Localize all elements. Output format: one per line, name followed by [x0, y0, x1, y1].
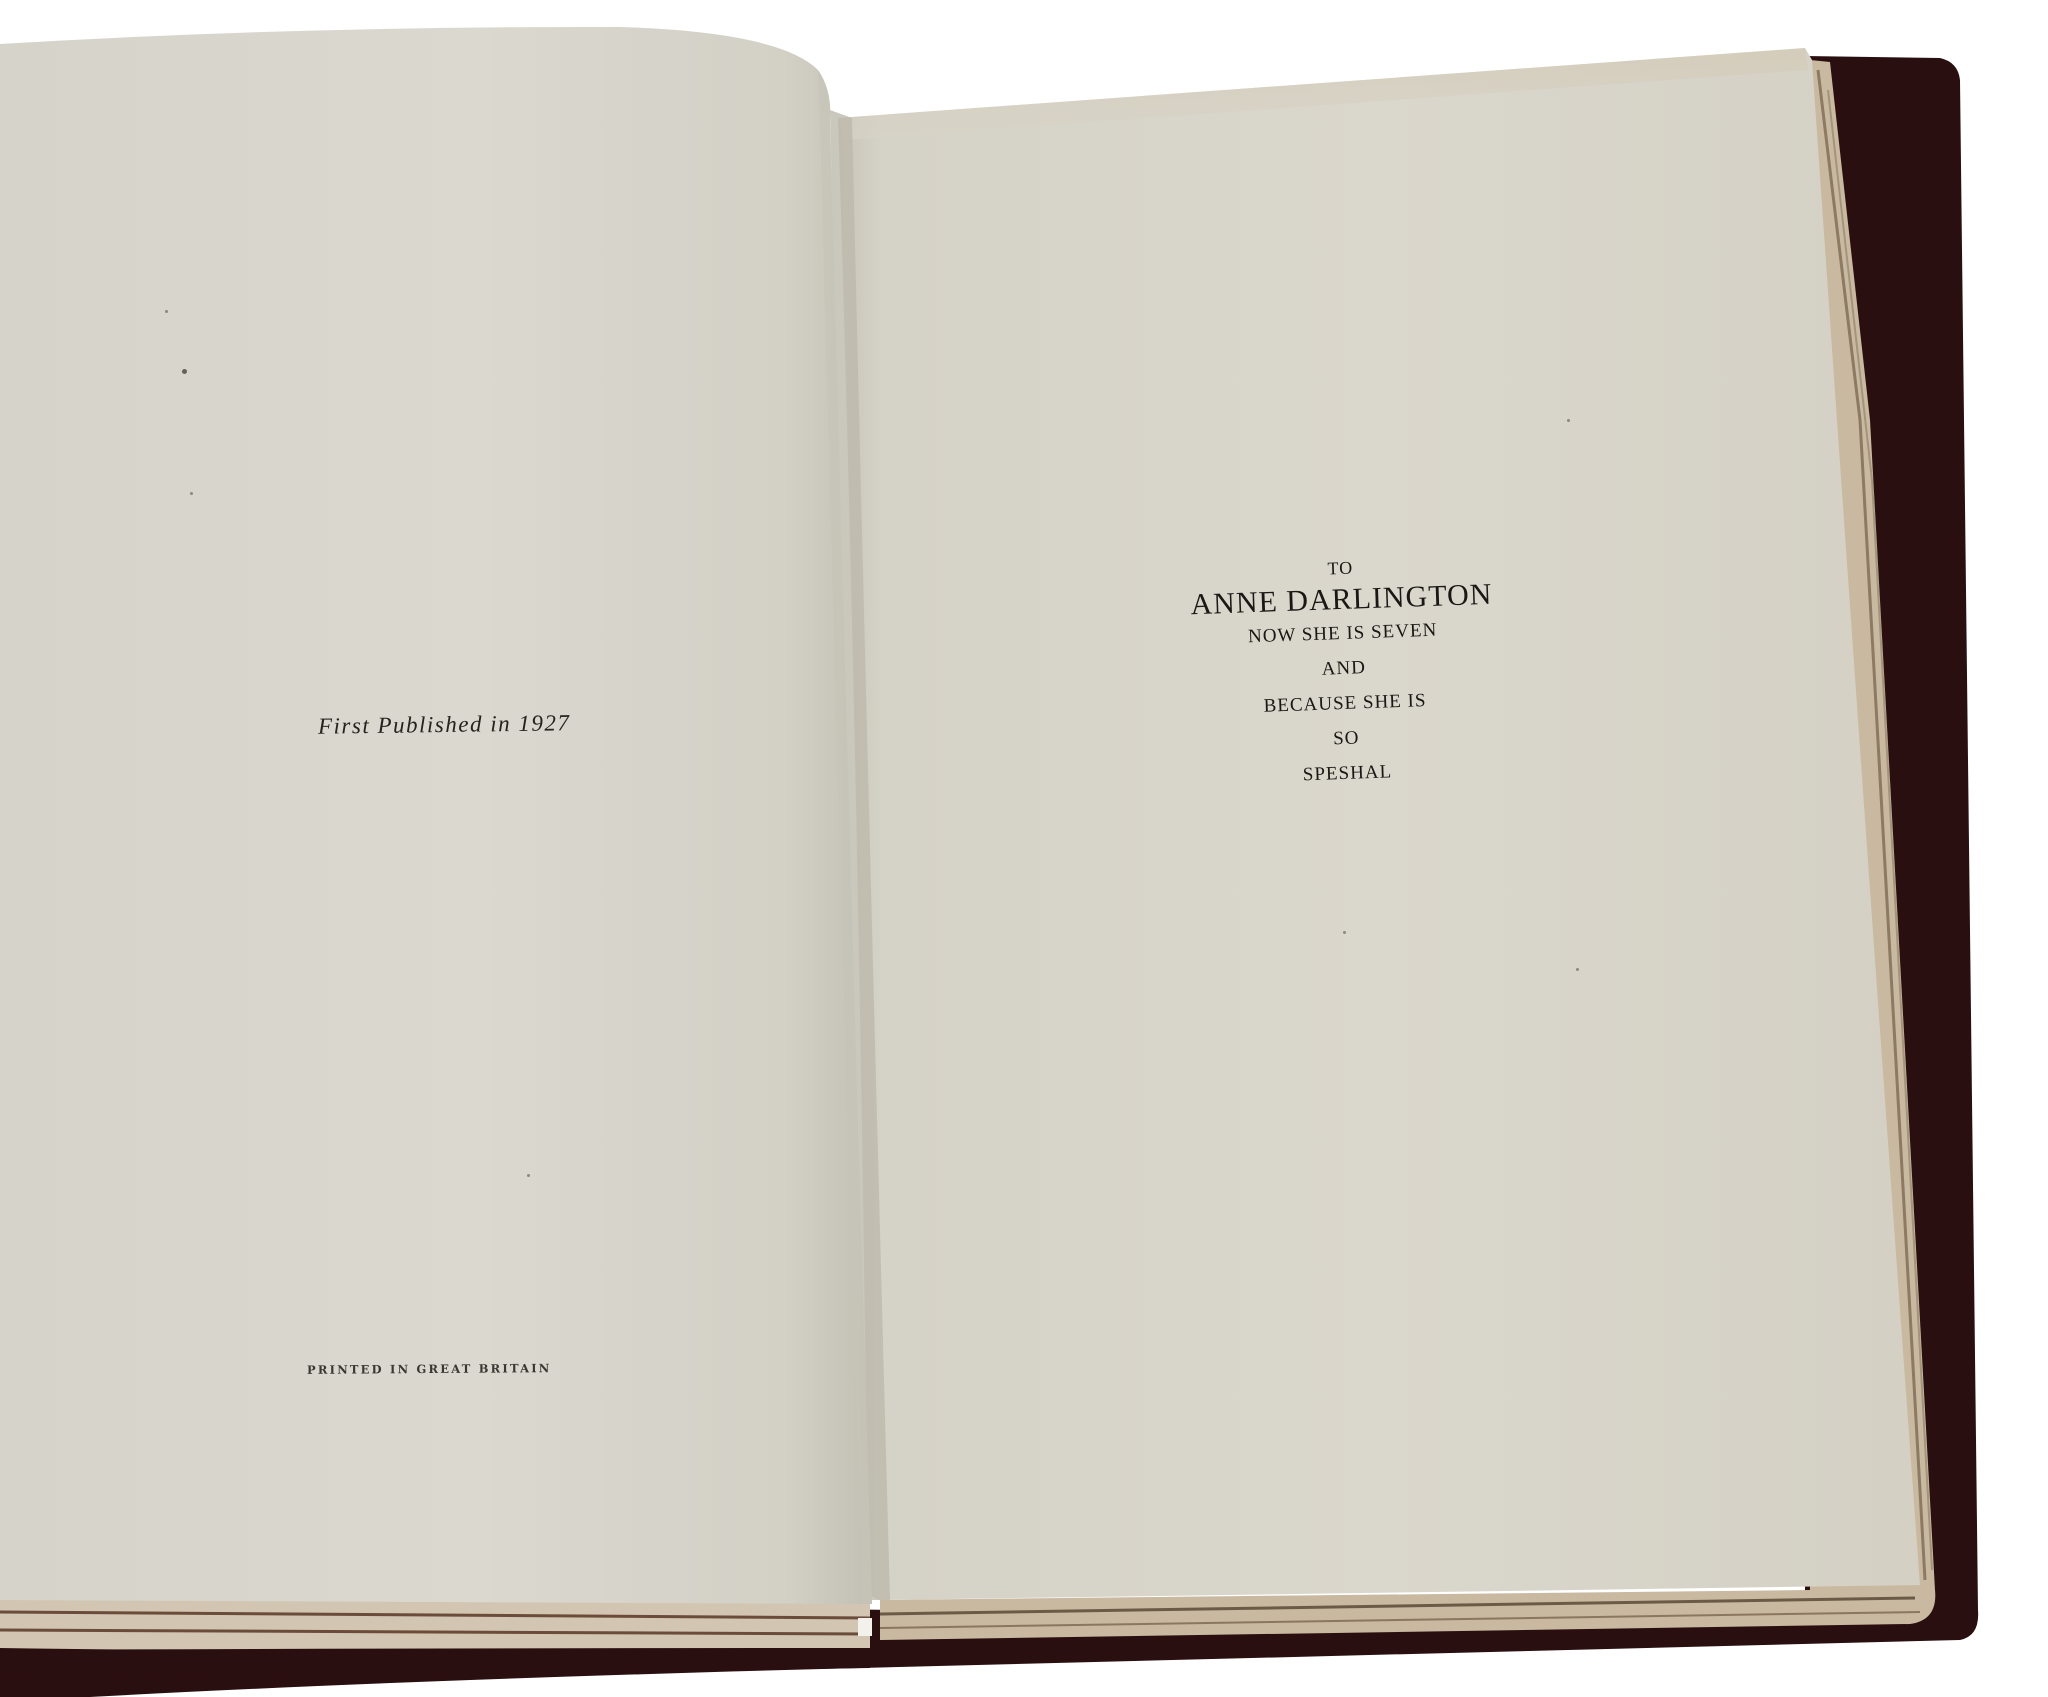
paper-speck — [1343, 931, 1346, 934]
open-book-photo: First Published in 1927 PRINTED IN GREAT… — [0, 0, 2048, 1697]
paper-speck — [1567, 419, 1570, 422]
book-illustration — [0, 0, 2048, 1697]
dedication-block: TO ANNE DARLINGTON NOW SHE IS SEVEN AND … — [1140, 551, 1548, 805]
right-page — [838, 48, 1920, 1600]
dedication-line: SPESHAL — [1147, 756, 1548, 792]
paper-speck — [1576, 968, 1579, 971]
dedication-line: BECAUSE SHE IS — [1145, 686, 1546, 722]
paper-speck — [190, 492, 193, 495]
paper-speck — [527, 1174, 530, 1177]
left-page-edges — [0, 1600, 870, 1652]
paper-speck — [165, 310, 168, 313]
paper-speck — [182, 369, 187, 374]
dedication-line: SO — [1146, 721, 1547, 757]
imprint-text: First Published in 1927 — [318, 710, 571, 740]
printer-text: PRINTED IN GREAT BRITAIN — [307, 1361, 552, 1377]
dedication-line: AND — [1144, 651, 1545, 687]
